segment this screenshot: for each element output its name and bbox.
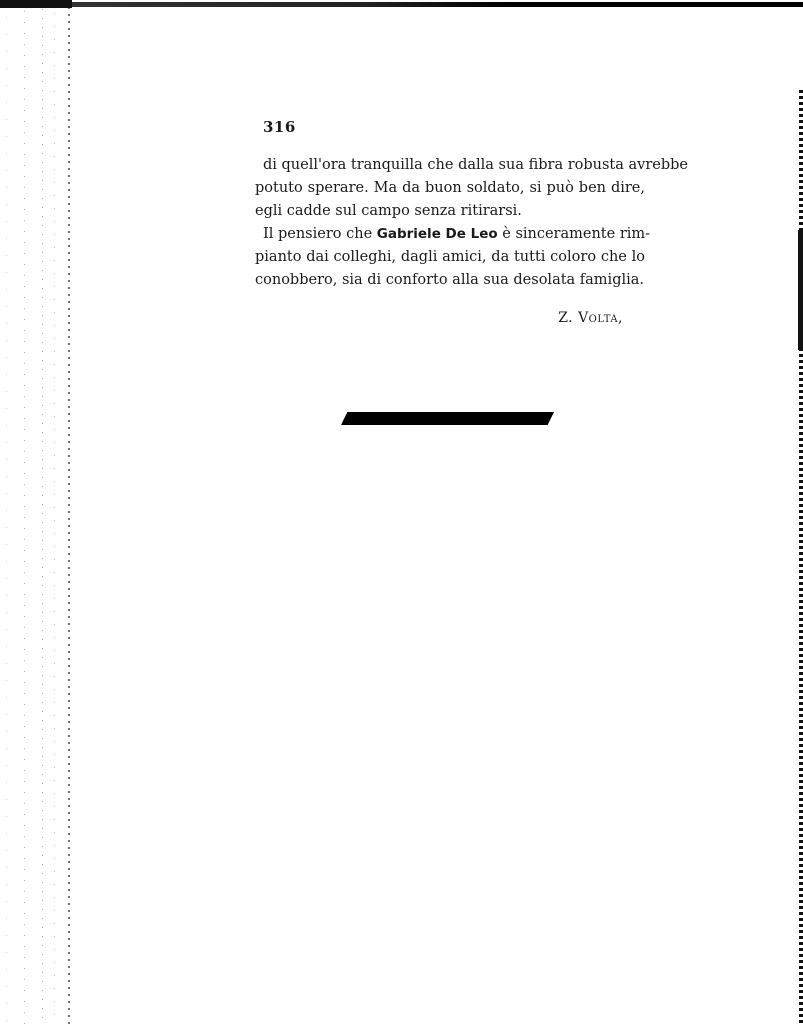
page-number: 316 — [263, 118, 645, 136]
scanned-right-edge-shadow — [798, 230, 803, 350]
author-signature: Z. Volta, — [255, 310, 645, 326]
text-line: di quell'ora tranquilla che dalla sua fi… — [255, 154, 645, 177]
person-name: Gabriele De Leo — [377, 226, 498, 242]
scanned-binding-corner — [0, 0, 72, 8]
text-line: conobbero, sia di conforto alla sua deso… — [255, 269, 645, 292]
text-segment: Il pensiero che — [263, 226, 377, 242]
text-line: potuto sperare. Ma da buon soldato, si p… — [255, 177, 645, 200]
paragraph-1: di quell'ora tranquilla che dalla sua fi… — [255, 154, 645, 223]
text-line: pianto dai colleghi, dagli amici, da tut… — [255, 246, 645, 269]
paragraph-2: Il pensiero che Gabriele De Leo è sincer… — [255, 223, 645, 292]
text-line: egli cadde sul campo senza ritirarsi. — [255, 200, 645, 223]
scanned-binding-edge — [0, 0, 75, 1024]
text-segment: è sinceramente rim- — [498, 226, 650, 242]
scanned-top-edge — [72, 2, 803, 7]
text-line: Il pensiero che Gabriele De Leo è sincer… — [255, 223, 645, 246]
decorative-end-rule — [341, 412, 554, 425]
page-content: 316 di quell'ora tranquilla che dalla su… — [255, 118, 645, 326]
